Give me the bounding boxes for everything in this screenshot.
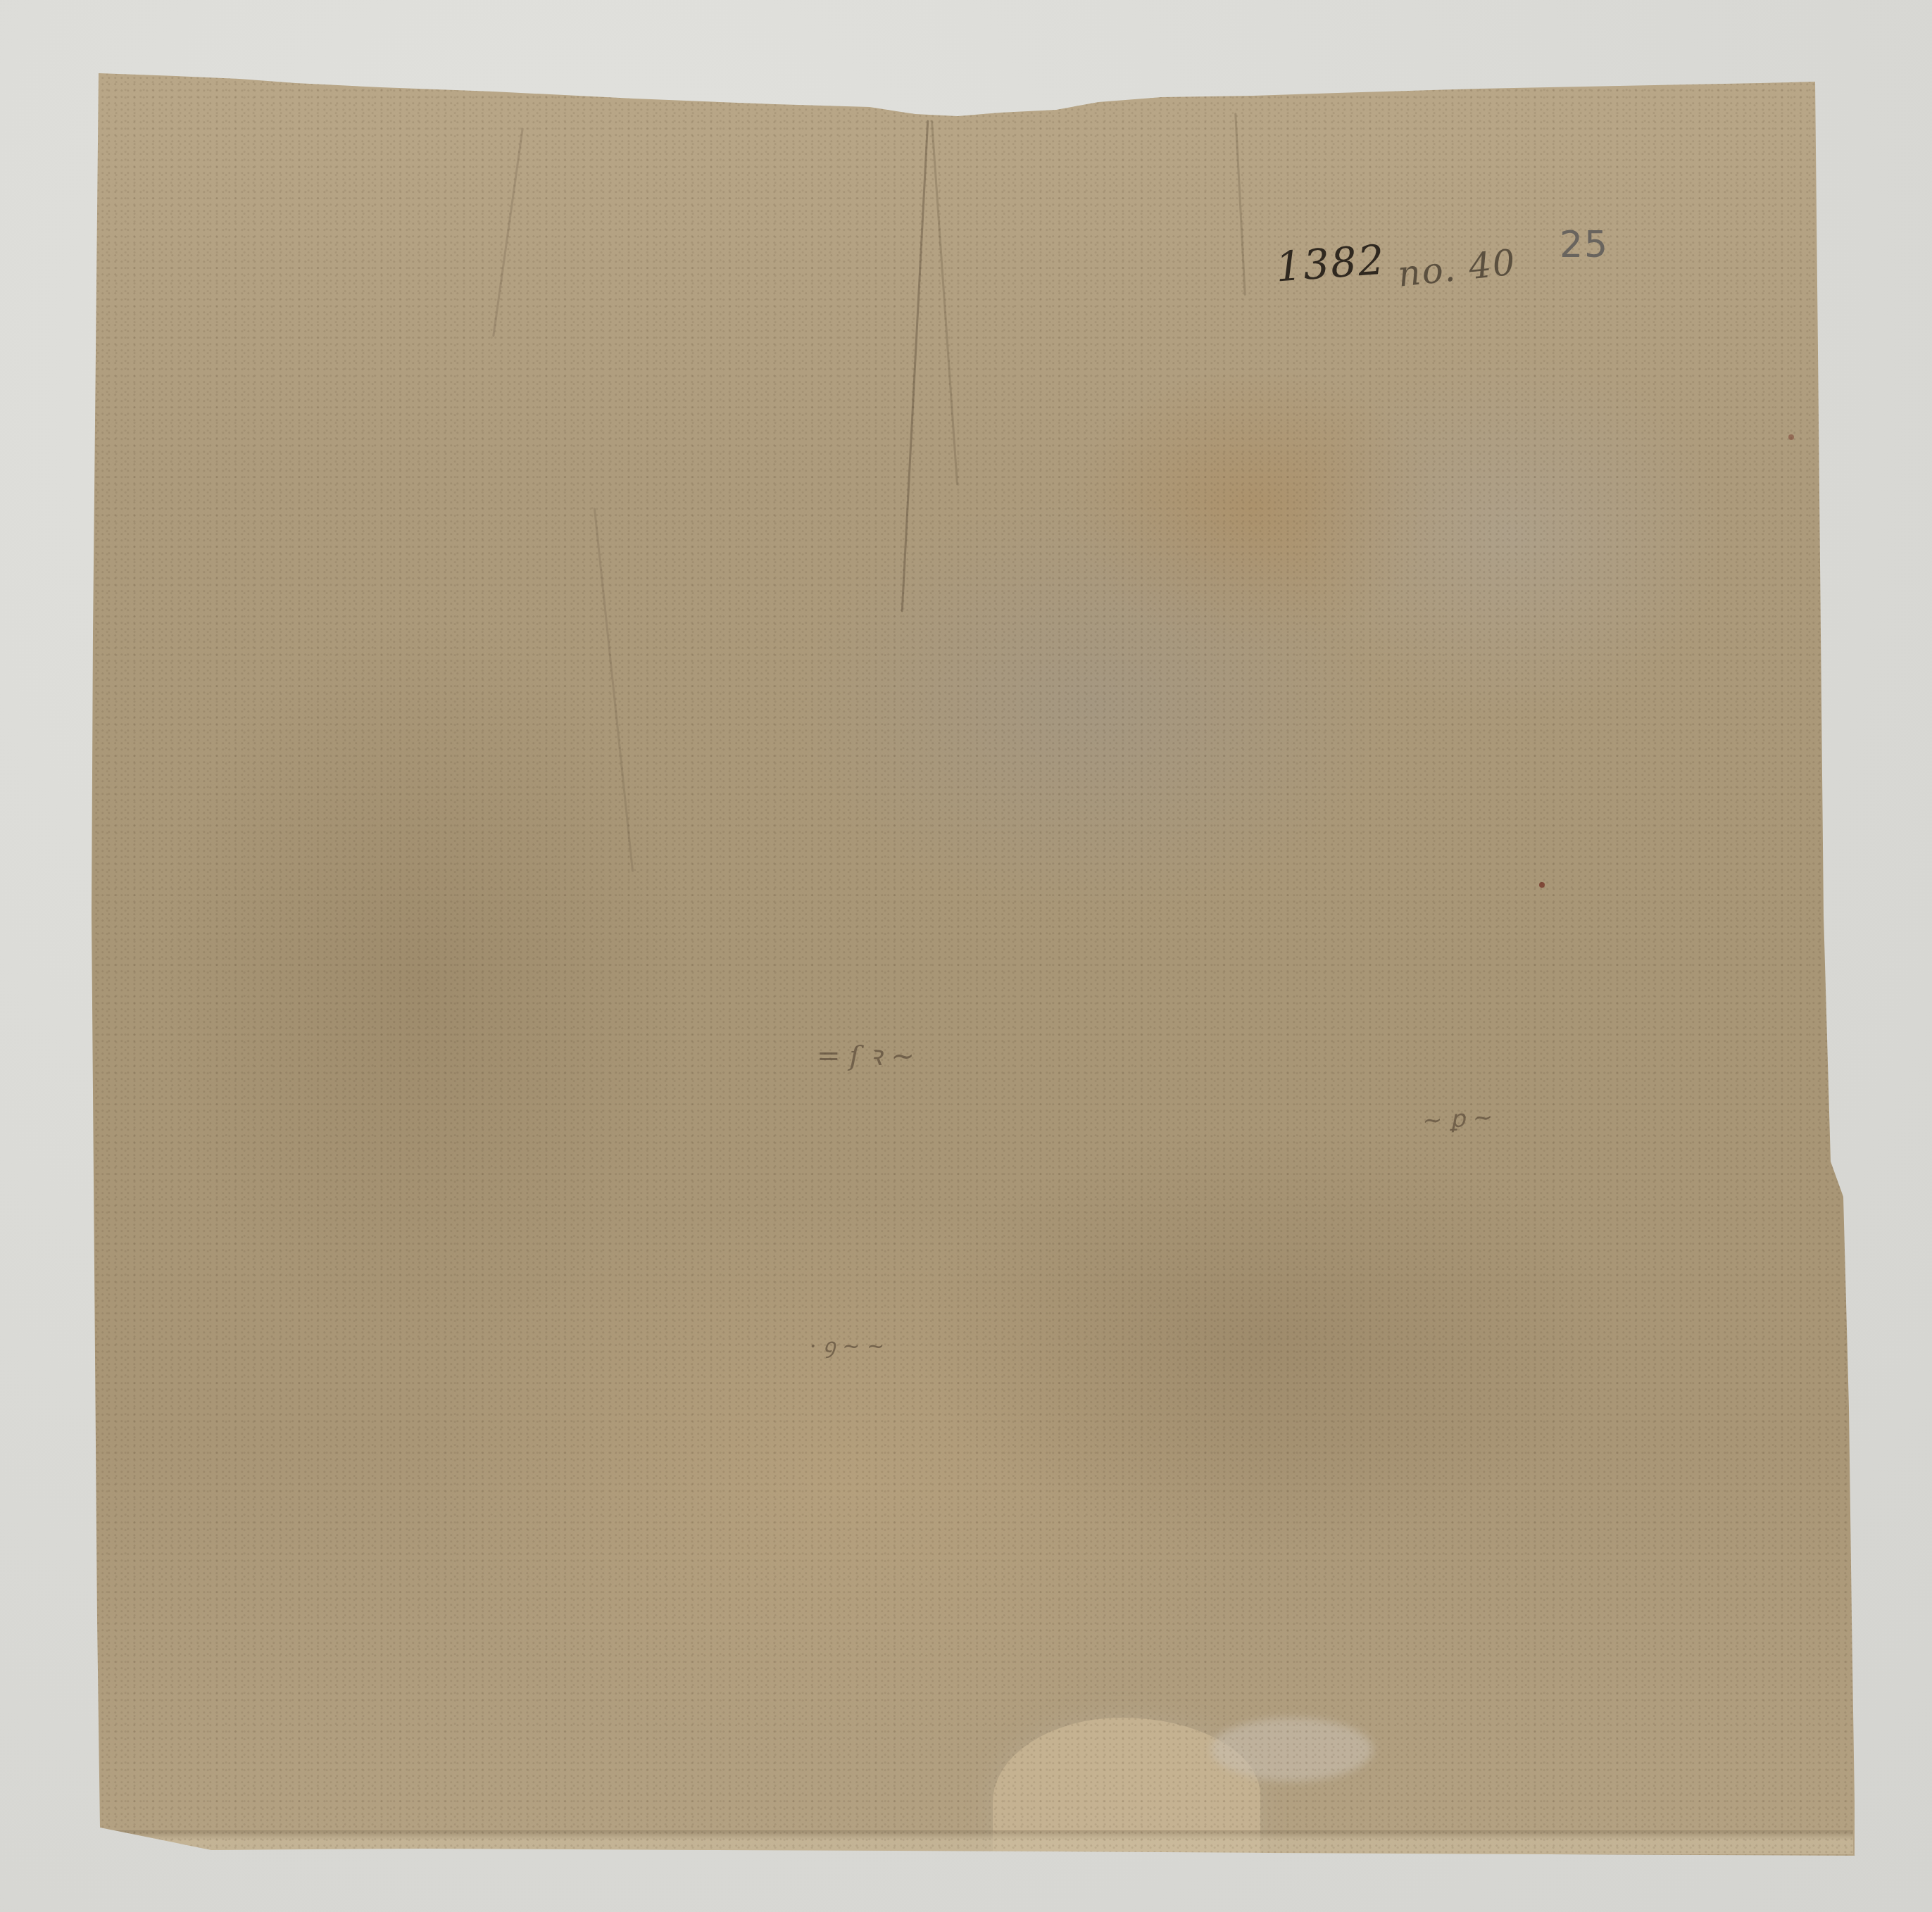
fold-crease [1234, 113, 1246, 296]
fold-crease [931, 120, 958, 486]
faint-endorsement: · ꝯ ~ ~ [810, 1331, 884, 1359]
folio-number: 25 [1560, 224, 1609, 266]
archival-shelfmark: 1382 [1274, 236, 1387, 291]
water-stain [1211, 1718, 1373, 1781]
water-stain [993, 1718, 1260, 1858]
faint-endorsement: ~ ꝑ ~ [1422, 1103, 1493, 1135]
bottom-turn-up [100, 1830, 1853, 1854]
ink-spot [1788, 434, 1794, 440]
parchment-sheet [0, 0, 1932, 1912]
fold-crease [492, 127, 524, 337]
parchment-document: 1382 no. 40 25 = ſ ꝛ ~ ~ ꝑ ~ · ꝯ ~ ~ [0, 0, 1932, 1912]
fold-crease [901, 120, 929, 612]
ink-spot [1539, 882, 1545, 888]
fold-crease [594, 508, 634, 872]
faint-endorsement: = ſ ꝛ ~ [817, 1035, 915, 1074]
